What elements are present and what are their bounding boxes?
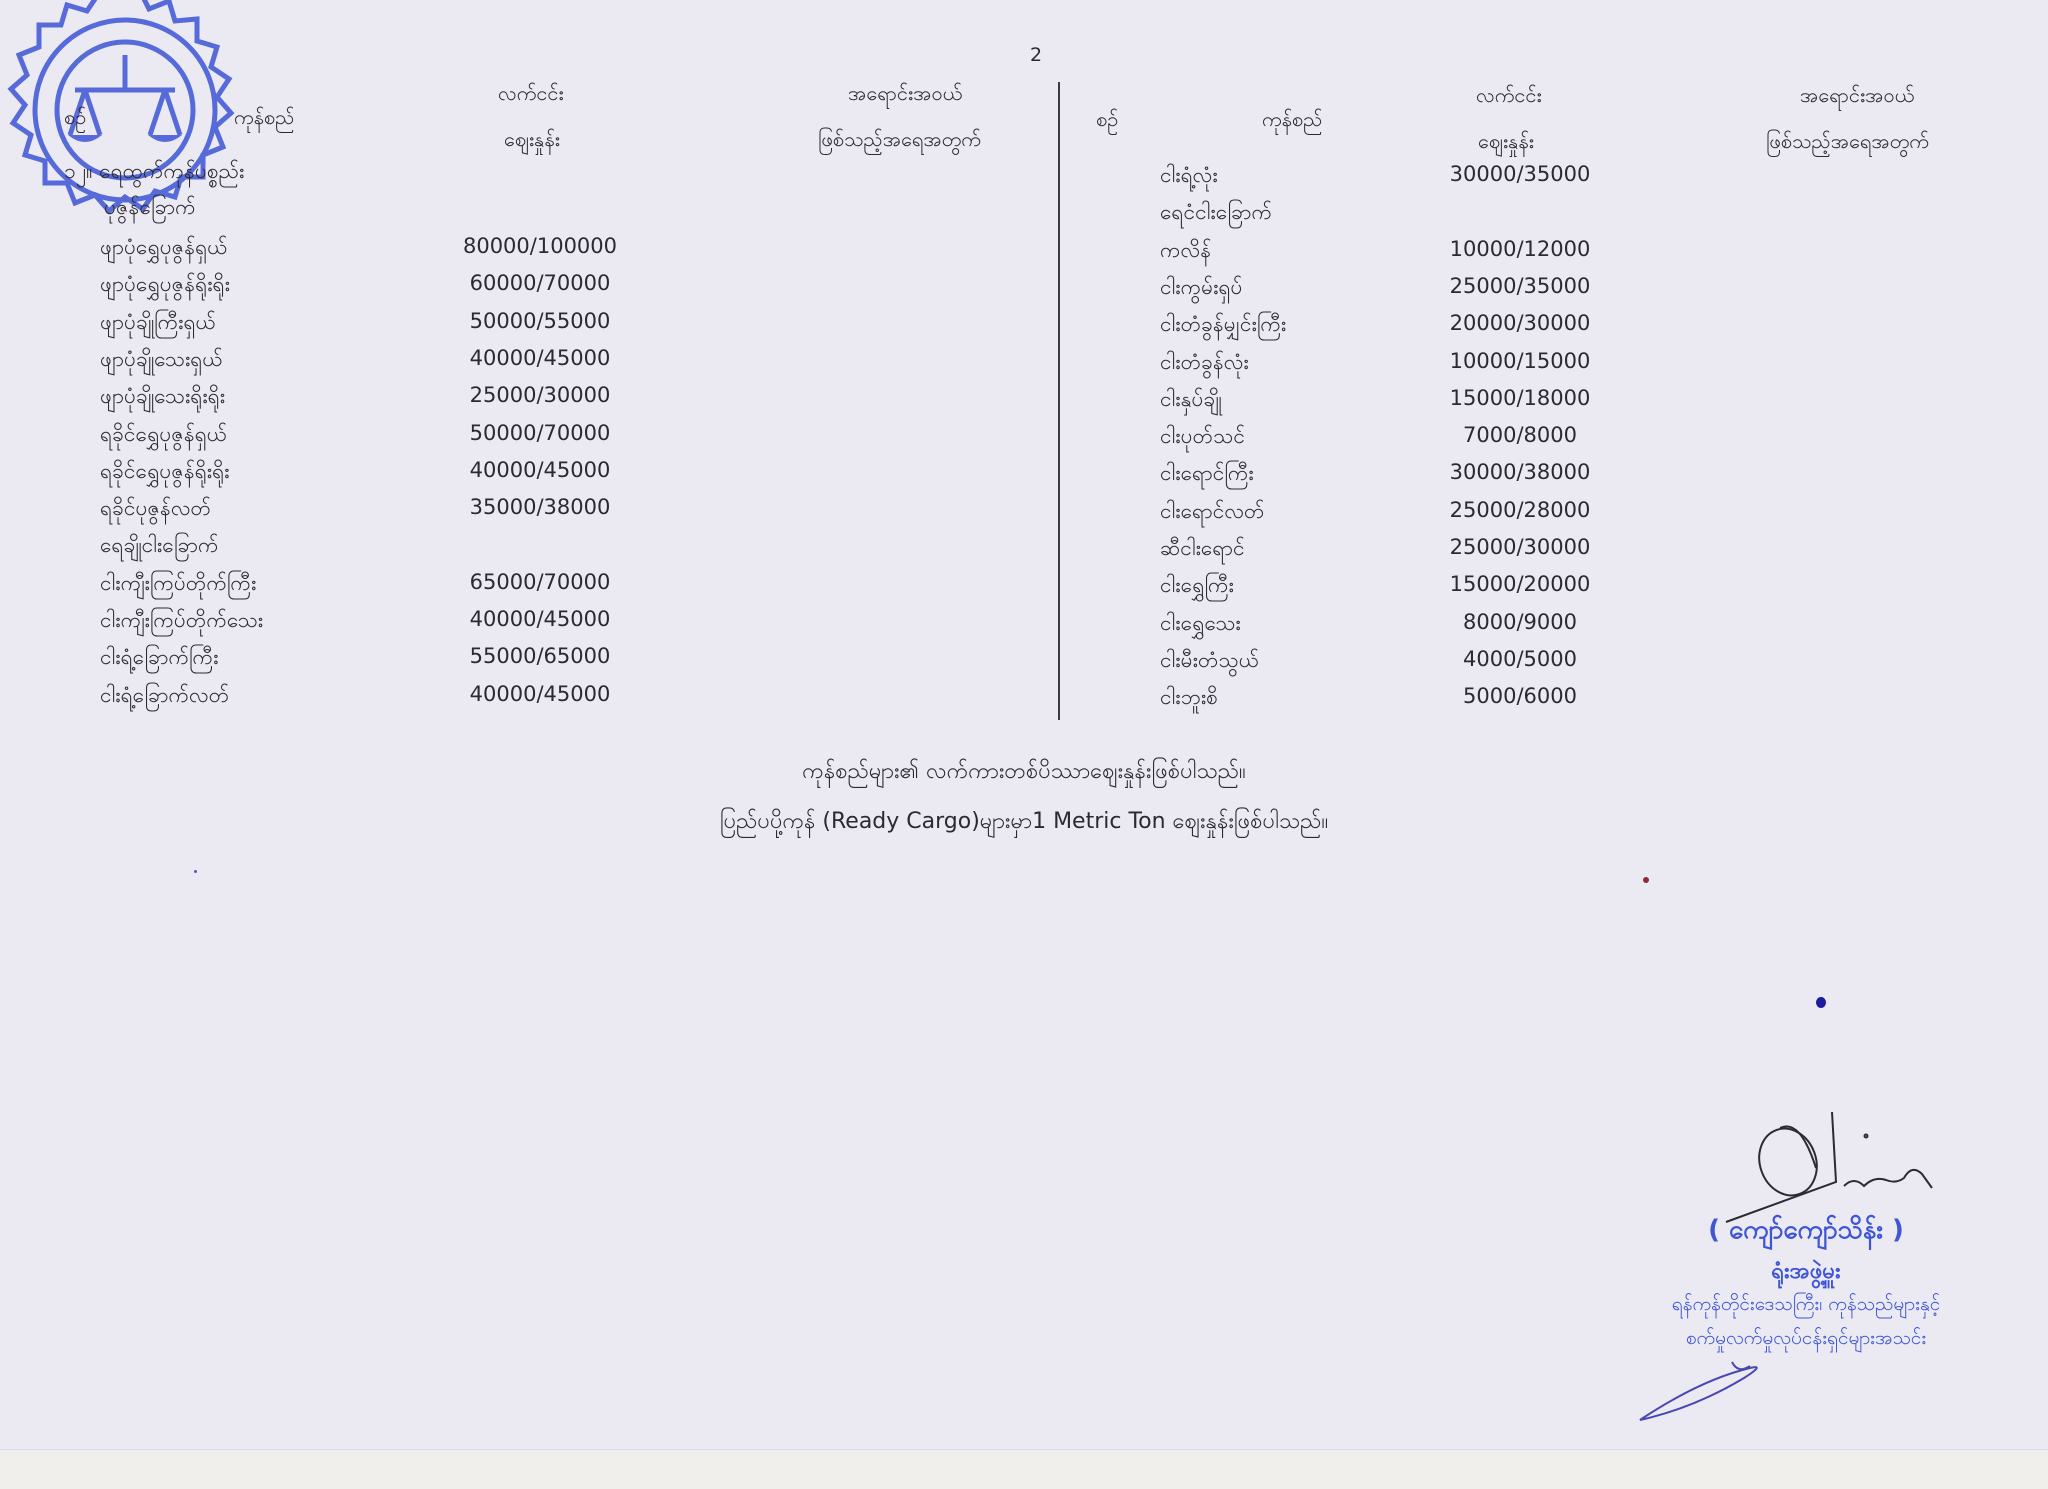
commodity-price: 25000/28000 xyxy=(1420,498,1620,522)
commodity-name: ငါးရံ့လုံး xyxy=(1160,162,1218,193)
signatory-title: ရုံးအဖွဲ့မှူး xyxy=(1606,1256,2006,1289)
section-title: ၁၂။ ရေထွက်ကုန်ပစ္စည်း xyxy=(64,158,244,189)
organization-line-1: ရန်ကုန်တိုင်းဒေသကြီး၊ ကုန်သည်များနှင့် xyxy=(1606,1292,2006,1320)
commodity-name: ငါးကျီးကြပ်တိုက်သေး xyxy=(100,607,263,638)
commodity-price: 5000/6000 xyxy=(1420,684,1620,708)
commodity-name: ရခိုင်ရွှေပုဇွန်ရှယ် xyxy=(100,421,227,452)
commodity-price: 40000/45000 xyxy=(440,458,640,482)
ink-speck xyxy=(194,870,197,873)
commodity-price: 50000/55000 xyxy=(440,309,640,333)
note-wholesale: ကုန်စည်များ၏ လက်ကားတစ်ပိဿာဈေးနှုန်းဖြစ်ပ… xyxy=(0,756,2048,789)
commodity-name: ရေငံငါးခြောက် xyxy=(1160,199,1272,230)
left-header-volume-line2: ဖြစ်သည့်အရေအတွက် xyxy=(818,126,981,156)
page-number: 2 xyxy=(1030,44,1042,66)
commodity-price: 35000/38000 xyxy=(440,495,640,519)
left-header-commodity: ကုန်စည် xyxy=(234,104,295,134)
commodity-price: 80000/100000 xyxy=(440,234,640,258)
commodity-price: 30000/35000 xyxy=(1420,162,1620,186)
commodity-price: 4000/5000 xyxy=(1420,647,1620,671)
commodity-price: 7000/8000 xyxy=(1420,423,1620,447)
commodity-price: 8000/9000 xyxy=(1420,610,1620,634)
commodity-name: ငါးတံခွန်မျှင်းကြီး xyxy=(1160,311,1286,342)
commodity-name: ဖျာပုံရွှေပုဇွန်ရှယ် xyxy=(100,234,228,265)
left-header-volume-line1: အရောင်းအဝယ် xyxy=(848,80,962,110)
commodity-name: ရေချိုငါးခြောက် xyxy=(100,532,219,563)
commodity-name: ဖျာပုံချိုသေးရိုးရိုး xyxy=(100,383,225,414)
commodity-name: ငါးရွှေသေး xyxy=(1160,610,1241,641)
commodity-price: 60000/70000 xyxy=(440,271,640,295)
right-header-volume-line2: ဖြစ်သည့်အရေအတွက် xyxy=(1766,128,1929,158)
right-header-volume-line1: အရောင်းအဝယ် xyxy=(1800,82,1914,112)
commodity-name: ရခိုင်ပုဇွန်လတ် xyxy=(100,495,211,526)
commodity-name: ငါးကွမ်းရှပ် xyxy=(1160,274,1243,305)
commodity-name: ငါးရံ့ခြောက်ကြီး xyxy=(100,644,218,675)
commodity-price: 50000/70000 xyxy=(440,421,640,445)
left-header-price-line2: ဈေးနှုန်း xyxy=(504,126,560,156)
commodity-price: 10000/15000 xyxy=(1420,349,1620,373)
right-header-serial: စဉ် xyxy=(1096,106,1118,136)
commodity-name: ရခိုင်ရွှေပုဇွန်ရိုးရိုး xyxy=(100,458,230,489)
ink-speck xyxy=(1643,877,1649,883)
commodity-price: 25000/35000 xyxy=(1420,274,1620,298)
commodity-name: ငါးတံခွန်လုံး xyxy=(1160,349,1249,380)
commodity-name: ဖျာပုံချိုကြီးရှယ် xyxy=(100,309,216,340)
commodity-price: 40000/45000 xyxy=(440,346,640,370)
commodity-name: ငါးရောင်လတ် xyxy=(1160,498,1265,529)
left-header-price-line1: လက်ငင်း xyxy=(498,80,564,110)
commodity-name: ငါးရံ့ခြောက်လတ် xyxy=(100,682,229,713)
commodity-price: 30000/38000 xyxy=(1420,460,1620,484)
commodity-price: 15000/20000 xyxy=(1420,572,1620,596)
subsection-title: ပုဇွန်ခြောက် xyxy=(104,194,196,225)
commodity-price: 55000/65000 xyxy=(440,644,640,668)
left-header-serial: စဉ် xyxy=(64,104,86,134)
scan-bottom-edge xyxy=(0,1449,2048,1489)
ink-speck xyxy=(1816,997,1826,1008)
commodity-name: ငါးကျီးကြပ်တိုက်ကြီး xyxy=(100,570,256,601)
commodity-price: 25000/30000 xyxy=(1420,535,1620,559)
commodity-name: ဆီငါးရောင် xyxy=(1160,535,1245,566)
commodity-name: ငါးနှပ်ချို xyxy=(1160,386,1222,417)
commodity-name: ငါးပုတ်သင် xyxy=(1160,423,1245,454)
commodity-name: ဖျာပုံရွှေပုဇွန်ရိုးရိုး xyxy=(100,271,230,302)
organization-line-2: စက်မှုလက်မှုလုပ်ငန်းရှင်များအသင်း xyxy=(1606,1326,2006,1354)
commodity-name: ငါးရောင်ကြီး xyxy=(1160,460,1254,491)
commodity-price: 15000/18000 xyxy=(1420,386,1620,410)
commodity-name: ငါးဘူးစိ xyxy=(1160,684,1218,715)
commodity-price: 40000/45000 xyxy=(440,682,640,706)
commodity-price: 20000/30000 xyxy=(1420,311,1620,335)
commodity-price: 40000/45000 xyxy=(440,607,640,631)
commodity-name: ငါးမီးတံသွယ် xyxy=(1160,647,1259,678)
right-header-price-line1: လက်ငင်း xyxy=(1476,82,1542,112)
commodity-price: 25000/30000 xyxy=(440,383,640,407)
commodity-price: 10000/12000 xyxy=(1420,237,1620,261)
signatory-name: ( ကျော်ကျော်သိန်း ) xyxy=(1606,1212,2006,1251)
right-header-price-line2: ဈေးနှုန်း xyxy=(1478,128,1534,158)
note-ready-cargo: ပြည်ပပို့ကုန် (Ready Cargo)များမှာ1 Metr… xyxy=(0,806,2048,839)
commodity-name: ငါးရွှေကြီး xyxy=(1160,572,1234,603)
right-header-commodity: ကုန်စည် xyxy=(1262,106,1323,136)
commodity-name: ဖျာပုံချိုသေးရှယ် xyxy=(100,346,223,377)
column-divider xyxy=(1058,82,1060,720)
commodity-name: ကလိန် xyxy=(1160,237,1211,268)
commodity-price: 65000/70000 xyxy=(440,570,640,594)
